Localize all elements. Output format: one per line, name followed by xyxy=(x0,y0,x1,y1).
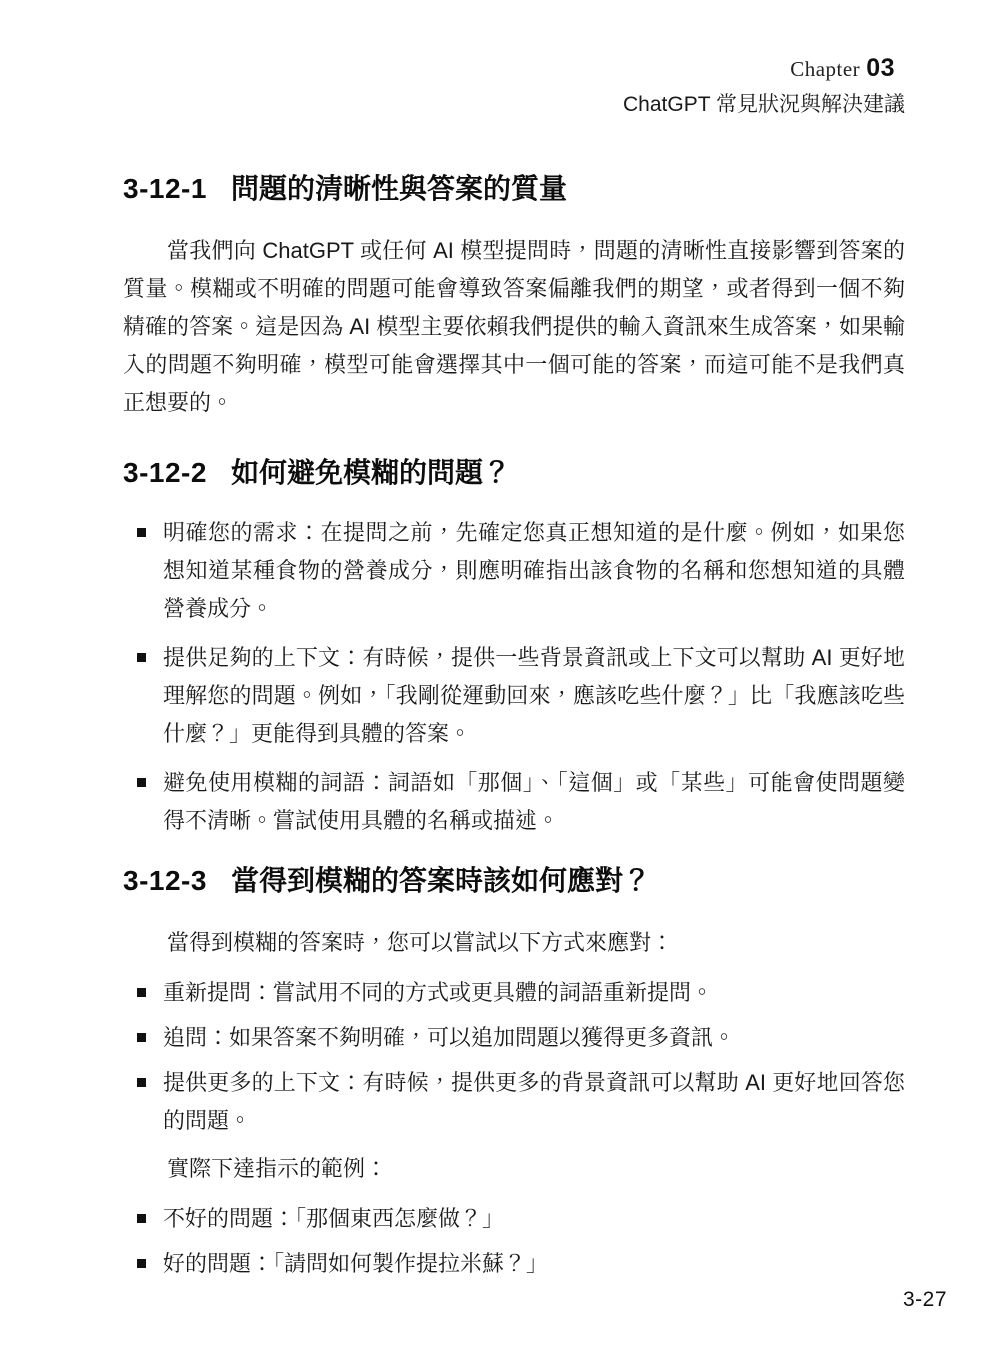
intro-paragraph: 當得到模糊的答案時，您可以嘗試以下方式來應對： xyxy=(123,924,905,962)
bullet-text: 不好的問題：「那個東西怎麼做？」 xyxy=(163,1206,504,1231)
bullet-text: 明確您的需求：在提問之前，先確定您真正想知道的是什麼。例如，如果您想知道某種食物… xyxy=(163,520,905,621)
chapter-label: Chapter xyxy=(790,57,860,81)
bullet-item: 好的問題：「請問如何製作提拉米蘇？」 xyxy=(123,1245,905,1283)
section-number: 3-12-2 xyxy=(123,454,207,492)
bullet-item: 不好的問題：「那個東西怎麼做？」 xyxy=(123,1200,905,1238)
bullet-square-icon xyxy=(137,1078,146,1087)
bullet-item: 重新提問：嘗試用不同的方式或更具體的詞語重新提問。 xyxy=(123,974,905,1012)
bullet-item: 避免使用模糊的詞語：詞語如「那個」、「這個」或「某些」可能會使問題變得不清晰。嘗… xyxy=(123,764,905,840)
section-heading-3-12-3: 3-12-3當得到模糊的答案時該如何應對？ xyxy=(123,862,905,900)
bullet-square-icon xyxy=(137,528,146,537)
bullet-list: 重新提問：嘗試用不同的方式或更具體的詞語重新提問。 追問：如果答案不夠明確，可以… xyxy=(123,974,905,1140)
bullet-list: 明確您的需求：在提問之前，先確定您真正想知道的是什麼。例如，如果您想知道某種食物… xyxy=(123,514,905,840)
bullet-square-icon xyxy=(137,1214,146,1223)
page-content: 3-12-1問題的清晰性與答案的質量 當我們向 ChatGPT 或任何 AI 模… xyxy=(123,170,905,1283)
example-intro: 實際下達指示的範例： xyxy=(123,1150,905,1188)
bullet-square-icon xyxy=(137,778,146,787)
bullet-square-icon xyxy=(137,1033,146,1042)
bullet-item: 提供足夠的上下文：有時候，提供一些背景資訊或上下文可以幫助 AI 更好地理解您的… xyxy=(123,639,905,753)
bullet-square-icon xyxy=(137,988,146,997)
section-number: 3-12-3 xyxy=(123,862,207,900)
section-title: 如何避免模糊的問題？ xyxy=(231,457,511,488)
bullet-item: 追問：如果答案不夠明確，可以追加問題以獲得更多資訊。 xyxy=(123,1019,905,1057)
bullet-text: 重新提問：嘗試用不同的方式或更具體的詞語重新提問。 xyxy=(163,980,713,1005)
section-heading-3-12-2: 3-12-2如何避免模糊的問題？ xyxy=(123,454,905,492)
bullet-square-icon xyxy=(137,1259,146,1268)
chapter-line: Chapter03 xyxy=(0,54,1000,83)
section-heading-3-12-1: 3-12-1問題的清晰性與答案的質量 xyxy=(123,170,905,208)
chapter-title: ChatGPT 常見狀況與解決建議 xyxy=(0,88,1000,118)
bullet-item: 提供更多的上下文：有時候，提供更多的背景資訊可以幫助 AI 更好地回答您的問題。 xyxy=(123,1064,905,1140)
chapter-number: 03 xyxy=(866,54,895,82)
bullet-text: 提供更多的上下文：有時候，提供更多的背景資訊可以幫助 AI 更好地回答您的問題。 xyxy=(163,1070,905,1133)
bullet-list: 不好的問題：「那個東西怎麼做？」 好的問題：「請問如何製作提拉米蘇？」 xyxy=(123,1200,905,1283)
section-title: 當得到模糊的答案時該如何應對？ xyxy=(231,865,651,896)
bullet-item: 明確您的需求：在提問之前，先確定您真正想知道的是什麼。例如，如果您想知道某種食物… xyxy=(123,514,905,628)
page-number: 3-27 xyxy=(903,1288,947,1311)
bullet-text: 好的問題：「請問如何製作提拉米蘇？」 xyxy=(163,1251,548,1276)
bullet-text: 提供足夠的上下文：有時候，提供一些背景資訊或上下文可以幫助 AI 更好地理解您的… xyxy=(163,645,905,746)
section-number: 3-12-1 xyxy=(123,170,207,208)
bullet-square-icon xyxy=(137,653,146,662)
body-paragraph: 當我們向 ChatGPT 或任何 AI 模型提問時，問題的清晰性直接影響到答案的… xyxy=(123,232,905,422)
page-header: Chapter03 ChatGPT 常見狀況與解決建議 xyxy=(0,0,1000,118)
page-footer: 3-27 xyxy=(903,1288,947,1312)
section-title: 問題的清晰性與答案的質量 xyxy=(231,173,567,204)
bullet-text: 追問：如果答案不夠明確，可以追加問題以獲得更多資訊。 xyxy=(163,1025,735,1050)
bullet-text: 避免使用模糊的詞語：詞語如「那個」、「這個」或「某些」可能會使問題變得不清晰。嘗… xyxy=(163,770,905,833)
